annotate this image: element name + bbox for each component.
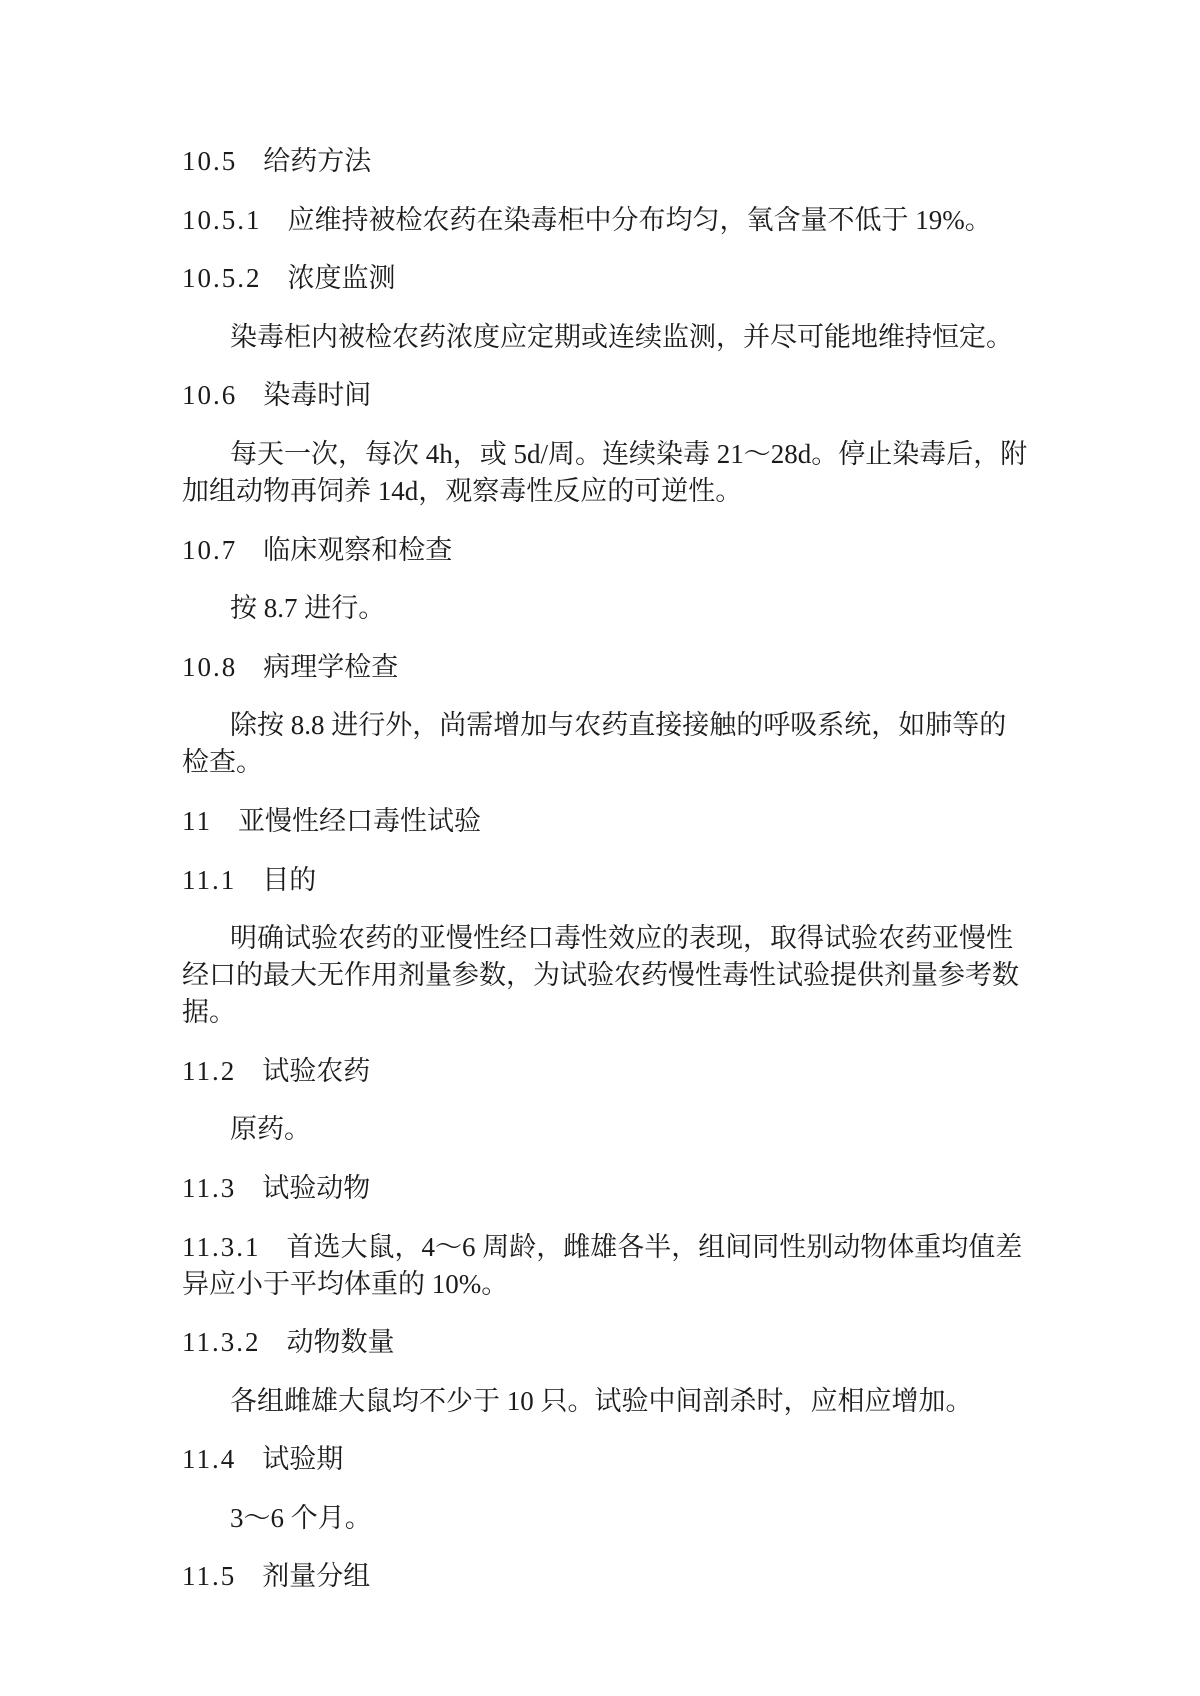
paragraph-text: 各组雌雄大鼠均不少于 10 只。试验中间剖杀时，应相应增加。 bbox=[230, 1386, 973, 1416]
clause-text: 应维持被检农药在染毒柜中分布均匀，氧含量不低于 19%。 bbox=[288, 205, 992, 235]
paragraph-text: 除按 8.8 进行外，尚需增加与农药直接接触的呼吸系统，如肺等的检查。 bbox=[182, 710, 1006, 777]
clause-text: 亚慢性经口毒性试验 bbox=[238, 806, 481, 836]
clause-number: 10.6 bbox=[182, 380, 237, 410]
paragraph: 每天一次，每次 4h，或 5d/周。连续染毒 21～28d。停止染毒后，附加组动… bbox=[182, 436, 1032, 510]
paragraph-text: 3～6 个月。 bbox=[230, 1503, 372, 1533]
paragraph: 按 8.7 进行。 bbox=[182, 590, 1032, 627]
clause-number: 11.3.1 bbox=[182, 1232, 261, 1262]
clause-heading: 10.5给药方法 bbox=[182, 143, 1032, 180]
clause-text: 试验动物 bbox=[262, 1173, 370, 1203]
clause-text: 剂量分组 bbox=[262, 1561, 370, 1591]
clause-heading: 10.5.1应维持被检农药在染毒柜中分布均匀，氧含量不低于 19%。 bbox=[182, 202, 1032, 239]
clause-text: 浓度监测 bbox=[288, 263, 396, 293]
clause-text: 试验农药 bbox=[262, 1056, 370, 1086]
clause-text: 首选大鼠，4～6 周龄，雌雄各半，组间同性别动物体重均值差异应小于平均体重的 1… bbox=[182, 1232, 1022, 1299]
paragraph-text: 每天一次，每次 4h，或 5d/周。连续染毒 21～28d。停止染毒后，附加组动… bbox=[182, 439, 1027, 506]
paragraph: 3～6 个月。 bbox=[182, 1500, 1032, 1537]
paragraph-text: 染毒柜内被检农药浓度应定期或连续监测，并尽可能地维持恒定。 bbox=[230, 322, 1013, 352]
clause-heading: 11.1目的 bbox=[182, 862, 1032, 899]
paragraph-text: 明确试验农药的亚慢性经口毒性效应的表现，取得试验农药亚慢性经口的最大无作用剂量参… bbox=[182, 923, 1019, 1027]
clause-text: 临床观察和检查 bbox=[263, 535, 452, 565]
paragraph: 原药。 bbox=[182, 1111, 1032, 1148]
paragraph-text: 原药。 bbox=[230, 1114, 311, 1144]
clause-number: 11.1 bbox=[182, 865, 236, 895]
clause-number: 10.5.2 bbox=[182, 263, 262, 293]
clause-heading: 11.3.1首选大鼠，4～6 周龄，雌雄各半，组间同性别动物体重均值差异应小于平… bbox=[182, 1229, 1032, 1303]
clause-heading: 10.7临床观察和检查 bbox=[182, 532, 1032, 569]
clause-number: 11.3 bbox=[182, 1173, 236, 1203]
clause-number: 10.8 bbox=[182, 652, 237, 682]
clause-number: 11.4 bbox=[182, 1444, 236, 1474]
clause-heading: 10.8病理学检查 bbox=[182, 649, 1032, 686]
clause-heading: 11.3.2动物数量 bbox=[182, 1324, 1032, 1361]
document-page: 10.5给药方法 10.5.1应维持被检农药在染毒柜中分布均匀，氧含量不低于 1… bbox=[0, 0, 1200, 1696]
clause-text: 给药方法 bbox=[263, 146, 371, 176]
clause-heading: 11.3试验动物 bbox=[182, 1170, 1032, 1207]
clause-number: 11 bbox=[182, 806, 212, 836]
clause-heading: 11.2试验农药 bbox=[182, 1053, 1032, 1090]
paragraph: 染毒柜内被检农药浓度应定期或连续监测，并尽可能地维持恒定。 bbox=[182, 319, 1032, 356]
paragraph: 明确试验农药的亚慢性经口毒性效应的表现，取得试验农药亚慢性经口的最大无作用剂量参… bbox=[182, 920, 1032, 1031]
clause-heading: 11.4试验期 bbox=[182, 1441, 1032, 1478]
clause-heading: 11亚慢性经口毒性试验 bbox=[182, 803, 1032, 840]
clause-text: 试验期 bbox=[262, 1444, 343, 1474]
clause-number: 11.2 bbox=[182, 1056, 236, 1086]
clause-number: 10.7 bbox=[182, 535, 237, 565]
clause-text: 动物数量 bbox=[287, 1327, 395, 1357]
paragraph-text: 按 8.7 进行。 bbox=[230, 593, 385, 623]
clause-number: 10.5 bbox=[182, 146, 237, 176]
paragraph: 各组雌雄大鼠均不少于 10 只。试验中间剖杀时，应相应增加。 bbox=[182, 1383, 1032, 1420]
paragraph: 除按 8.8 进行外，尚需增加与农药直接接触的呼吸系统，如肺等的检查。 bbox=[182, 707, 1032, 781]
clause-number: 10.5.1 bbox=[182, 205, 262, 235]
clause-heading: 10.5.2浓度监测 bbox=[182, 260, 1032, 297]
clause-text: 染毒时间 bbox=[263, 380, 371, 410]
clause-number: 11.5 bbox=[182, 1561, 236, 1591]
clause-text: 病理学检查 bbox=[263, 652, 398, 682]
clause-text: 目的 bbox=[262, 865, 316, 895]
document-body: 10.5给药方法 10.5.1应维持被检农药在染毒柜中分布均匀，氧含量不低于 1… bbox=[182, 143, 1032, 1595]
clause-number: 11.3.2 bbox=[182, 1327, 261, 1357]
clause-heading: 10.6染毒时间 bbox=[182, 377, 1032, 414]
clause-heading: 11.5剂量分组 bbox=[182, 1558, 1032, 1595]
